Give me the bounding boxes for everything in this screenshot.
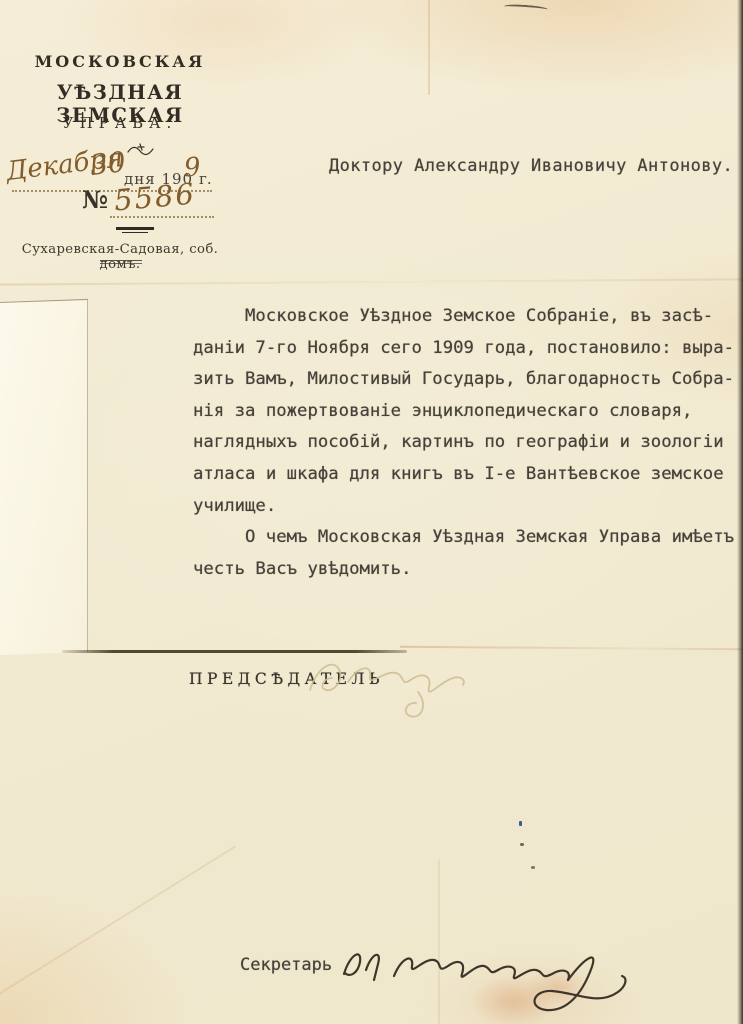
letter-body: Московское Уѣздное Земское Собраніе, въ … <box>193 301 743 585</box>
handwritten-day: 30 <box>88 145 127 182</box>
letter-body-line: училище. <box>193 491 743 523</box>
letter-body-line: нія за пожертвованіе энциклопедическаго … <box>193 396 743 428</box>
secretary-signature <box>330 928 645 1023</box>
horizontal-crease <box>0 278 743 285</box>
number-sign: № <box>82 185 108 214</box>
letter-body-line: зить Вамъ, Милостивый Государь, благодар… <box>193 364 743 396</box>
ink-smudge <box>504 3 548 12</box>
letterhead-address: Сухаревская-Садовая, соб. домъ. <box>14 242 226 272</box>
secretary-title: Секретарь <box>240 955 332 975</box>
paper-speck <box>531 866 535 869</box>
blue-ink-speck <box>519 821 522 826</box>
letterhead-org-line1: МОСКОВСКАЯ <box>22 52 218 71</box>
letter-body-line: Московское Уѣздное Земское Собраніе, въ … <box>193 301 743 333</box>
letter-document: МОСКОВСКАЯ УѢЗДНАЯ ЗЕМСКАЯ УПРАВА. Декаб… <box>0 0 743 1024</box>
recipient-line: Доктору Александру Ивановичу Антонову. <box>329 156 733 176</box>
ornament-icon <box>126 143 156 157</box>
letter-body-line: О чемъ Московская Уѣздная Земская Управа… <box>193 522 743 554</box>
printed-year-suffix: г. <box>199 170 212 188</box>
vertical-crease-top <box>428 0 430 95</box>
folded-corner <box>0 299 88 655</box>
letterhead-divider <box>116 227 154 233</box>
chairman-signature <box>300 648 480 733</box>
paper-speck <box>520 843 524 846</box>
letter-body-line: даніи 7-го Ноября сего 1909 года, постан… <box>193 333 743 365</box>
letter-body-line: честь Васъ увѣдомить. <box>193 554 743 586</box>
handwritten-document-number: 5586 <box>113 176 197 217</box>
diagonal-crease-bottom-left <box>0 845 236 1016</box>
letter-body-line: наглядныхъ пособій, картинъ по географіи… <box>193 427 743 459</box>
letterhead-org-line3: УПРАВА. <box>22 114 218 132</box>
letter-body-line: атласа и шкафа для книгъ въ I-е Вантѣевс… <box>193 459 743 491</box>
letterhead-divider-small <box>100 260 142 264</box>
